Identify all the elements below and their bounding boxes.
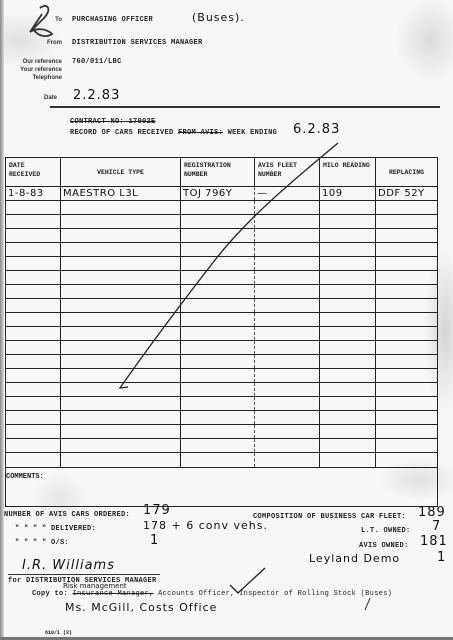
cell-vehicle-type (61, 397, 181, 410)
cell-milo-reading (320, 369, 376, 382)
cell-registration-number (181, 383, 255, 396)
copy-to-struck: Insurance Manager, (73, 590, 154, 598)
delivered-value: 178 + 6 conv vehs. (143, 519, 268, 532)
cell-milo-reading: 109 (320, 187, 376, 200)
cell-milo-reading (320, 313, 376, 326)
table-row (6, 453, 437, 467)
copy-to-rest: Accounts Officer, Inspector of Rolling S… (158, 590, 392, 598)
cell-avis-fleet-number (255, 327, 320, 340)
cell-registration-number (181, 341, 255, 354)
cell-milo-reading (320, 215, 376, 228)
cell-replacing (376, 439, 437, 452)
to-handwritten: (Buses). (192, 11, 245, 24)
cell-vehicle-type (61, 355, 181, 368)
cell-registration-number (181, 369, 255, 382)
fleet-value: 189 (418, 505, 446, 520)
table-row (6, 313, 437, 327)
cell-date-received (6, 299, 61, 312)
cell-replacing (376, 425, 437, 438)
cell-date-received: 1-8-83 (6, 187, 61, 200)
cell-milo-reading (320, 439, 376, 452)
cell-replacing (376, 341, 437, 354)
table-row (6, 355, 437, 369)
cell-milo-reading (320, 355, 376, 368)
cell-vehicle-type (61, 453, 181, 467)
lt-owned-value: 7 (432, 519, 441, 534)
to-label: To (22, 17, 62, 23)
cell-date-received (6, 341, 61, 354)
cell-vehicle-type (61, 271, 181, 284)
table-row (6, 369, 437, 383)
avis-owned-label: AVIS OWNED: (359, 542, 409, 550)
cell-avis-fleet-number (255, 341, 320, 354)
cell-replacing (376, 299, 437, 312)
cell-vehicle-type (61, 341, 181, 354)
our-reference-value: 760/011/LBC (72, 58, 122, 66)
ordered-value: 179 (143, 503, 171, 518)
header-milo-reading: MILO READING (320, 158, 376, 186)
record-title-struck: FROM AVIS: (178, 129, 223, 137)
cell-registration-number (181, 439, 255, 452)
table-row (6, 439, 437, 453)
cell-replacing (376, 313, 437, 326)
cell-milo-reading (320, 285, 376, 298)
cell-replacing: DDF 52Y (376, 187, 437, 200)
cell-replacing (376, 327, 437, 340)
cell-avis-fleet-number (255, 243, 320, 256)
cell-avis-fleet-number (255, 257, 320, 270)
cell-vehicle-type (61, 299, 181, 312)
cell-avis-fleet-number (255, 215, 320, 228)
cell-date-received (6, 397, 61, 410)
table-row (6, 285, 437, 299)
header-registration-number: REGISTRATION NUMBER (181, 158, 255, 186)
cell-date-received (6, 285, 61, 298)
leyland-demo-label: Leyland Demo (309, 552, 400, 565)
cell-registration-number (181, 271, 255, 284)
leyland-demo-value: 1 (437, 550, 446, 565)
cell-date-received (6, 383, 61, 396)
cell-avis-fleet-number (255, 453, 320, 467)
cell-registration-number (181, 453, 255, 467)
cell-avis-fleet-number (255, 425, 320, 438)
table-row (6, 397, 437, 411)
cell-avis-fleet-number (255, 355, 320, 368)
table-row (6, 425, 437, 439)
cell-replacing (376, 369, 437, 382)
cell-milo-reading (320, 383, 376, 396)
cell-vehicle-type (61, 243, 181, 256)
cell-avis-fleet-number (255, 299, 320, 312)
cell-date-received (6, 439, 61, 452)
cell-milo-reading (320, 257, 376, 270)
cell-replacing (376, 215, 437, 228)
cell-date-received (6, 215, 61, 228)
table-row (6, 411, 437, 425)
cell-milo-reading (320, 243, 376, 256)
comments-box: COMMENTS: (5, 467, 438, 507)
cell-registration-number (181, 243, 255, 256)
cell-vehicle-type: MAESTRO L3L (61, 187, 181, 200)
to-value: PURCHASING OFFICER (72, 16, 153, 24)
cell-replacing (376, 243, 437, 256)
date-label: Date (17, 95, 57, 101)
cell-replacing (376, 355, 437, 368)
cell-avis-fleet-number (255, 285, 320, 298)
cell-date-received (6, 201, 61, 214)
copy-to-inserted: Risk management (63, 582, 127, 590)
cell-vehicle-type (61, 215, 181, 228)
cell-date-received (6, 425, 61, 438)
cell-registration-number (181, 229, 255, 242)
cell-registration-number (181, 411, 255, 424)
cell-milo-reading (320, 453, 376, 467)
cell-milo-reading (320, 397, 376, 410)
os-label: " " " " O/S: (15, 539, 69, 547)
your-reference-label: Your reference (12, 67, 62, 73)
cell-avis-fleet-number (255, 439, 320, 452)
telephone-label: Telephone (12, 75, 62, 81)
cell-milo-reading (320, 229, 376, 242)
header-replacing: REPLACING (376, 158, 437, 186)
table-row (6, 257, 437, 271)
cell-registration-number (181, 215, 255, 228)
os-value: 1 (150, 533, 159, 548)
table-row (6, 383, 437, 397)
cell-vehicle-type (61, 257, 181, 270)
table-row (6, 327, 437, 341)
copy-to-line: Copy to: Insurance Manager, Accounts Off… (32, 590, 392, 598)
cell-date-received (6, 313, 61, 326)
cell-avis-fleet-number (255, 271, 320, 284)
cell-vehicle-type (61, 285, 181, 298)
scan-edge (0, 0, 4, 640)
cell-milo-reading (320, 201, 376, 214)
cell-avis-fleet-number (255, 229, 320, 242)
cell-date-received (6, 453, 61, 467)
cell-replacing (376, 257, 437, 270)
cell-vehicle-type (61, 229, 181, 242)
table-header: DATE RECEIVED VEHICLE TYPE REGISTRATION … (6, 158, 437, 187)
cell-milo-reading (320, 411, 376, 424)
cell-avis-fleet-number (255, 383, 320, 396)
copy-to-label: Copy to: (32, 590, 68, 598)
cell-vehicle-type (61, 439, 181, 452)
comments-label: COMMENTS: (6, 473, 44, 481)
cell-date-received (6, 229, 61, 242)
header-avis-fleet-number: AVIS FLEET NUMBER (255, 158, 320, 186)
cell-avis-fleet-number (255, 369, 320, 382)
header-vehicle-type: VEHICLE TYPE (61, 158, 181, 186)
cell-avis-fleet-number (255, 397, 320, 410)
cell-avis-fleet-number (255, 201, 320, 214)
cell-milo-reading (320, 341, 376, 354)
cell-replacing (376, 453, 437, 467)
cell-registration-number (181, 397, 255, 410)
cell-date-received (6, 271, 61, 284)
record-title-prefix: RECORD OF CARS RECEIVED (70, 129, 174, 137)
record-title-suffix: WEEK ENDING (228, 129, 278, 137)
cell-registration-number (181, 201, 255, 214)
from-value: DISTRIBUTION SERVICES MANAGER (72, 39, 203, 47)
cell-milo-reading (320, 271, 376, 284)
cell-registration-number (181, 425, 255, 438)
cell-registration-number (181, 285, 255, 298)
cell-date-received (6, 369, 61, 382)
table-row (6, 201, 437, 215)
cell-vehicle-type (61, 425, 181, 438)
cell-vehicle-type (61, 327, 181, 340)
cell-vehicle-type (61, 383, 181, 396)
handwritten-copy: Ms. McGill, Costs Office (65, 601, 217, 614)
cell-milo-reading (320, 425, 376, 438)
table-row (6, 243, 437, 257)
cars-received-table: DATE RECEIVED VEHICLE TYPE REGISTRATION … (5, 157, 438, 468)
cell-registration-number (181, 355, 255, 368)
cell-date-received (6, 327, 61, 340)
our-reference-label: Our reference (12, 59, 62, 65)
cell-vehicle-type (61, 201, 181, 214)
cell-registration-number (181, 313, 255, 326)
signature-line (8, 574, 160, 575)
ordered-label: NUMBER OF AVIS CARS ORDERED: (4, 511, 130, 519)
cell-registration-number (181, 257, 255, 270)
table-row (6, 215, 437, 229)
cell-replacing (376, 411, 437, 424)
table-body: 1-8-83MAESTRO L3LTOJ 796Y—109DDF 52Y (6, 187, 437, 467)
header-date-received: DATE RECEIVED (6, 158, 61, 186)
signature: I.R. Williams (22, 558, 115, 573)
cell-date-received (6, 243, 61, 256)
table-row: 1-8-83MAESTRO L3LTOJ 796Y—109DDF 52Y (6, 187, 437, 201)
cell-milo-reading (320, 327, 376, 340)
cell-avis-fleet-number: — (255, 187, 320, 200)
week-ending-value: 6.2.83 (293, 122, 340, 137)
cell-replacing (376, 285, 437, 298)
date-value: 2.2.83 (73, 88, 120, 103)
cell-replacing (376, 201, 437, 214)
cell-date-received (6, 411, 61, 424)
record-title: RECORD OF CARS RECEIVED FROM AVIS: WEEK … (70, 129, 277, 137)
cell-replacing (376, 397, 437, 410)
table-row (6, 299, 437, 313)
contract-line: CONTRACT NO: 17902E (70, 118, 156, 126)
table-row (6, 341, 437, 355)
header-divider (50, 106, 440, 108)
cell-replacing (376, 271, 437, 284)
delivered-label: " " " " DELIVERED: (15, 525, 96, 533)
cell-vehicle-type (61, 313, 181, 326)
cell-registration-number (181, 299, 255, 312)
cell-replacing (376, 229, 437, 242)
form-code: 610/1 (2) (45, 630, 72, 636)
cell-vehicle-type (61, 411, 181, 424)
cell-registration-number (181, 327, 255, 340)
table-row (6, 271, 437, 285)
cell-date-received (6, 257, 61, 270)
fleet-label: COMPOSITION OF BUSINESS CAR FLEET: (253, 513, 406, 521)
table-row (6, 229, 437, 243)
cell-milo-reading (320, 299, 376, 312)
cell-avis-fleet-number (255, 313, 320, 326)
cell-avis-fleet-number (255, 411, 320, 424)
from-label: From (22, 40, 62, 46)
avis-owned-value: 181 (420, 534, 448, 549)
cell-replacing (376, 383, 437, 396)
cell-date-received (6, 355, 61, 368)
cell-registration-number: TOJ 796Y (181, 187, 255, 200)
cell-vehicle-type (61, 369, 181, 382)
lt-owned-label: L.T. OWNED: (361, 527, 411, 535)
